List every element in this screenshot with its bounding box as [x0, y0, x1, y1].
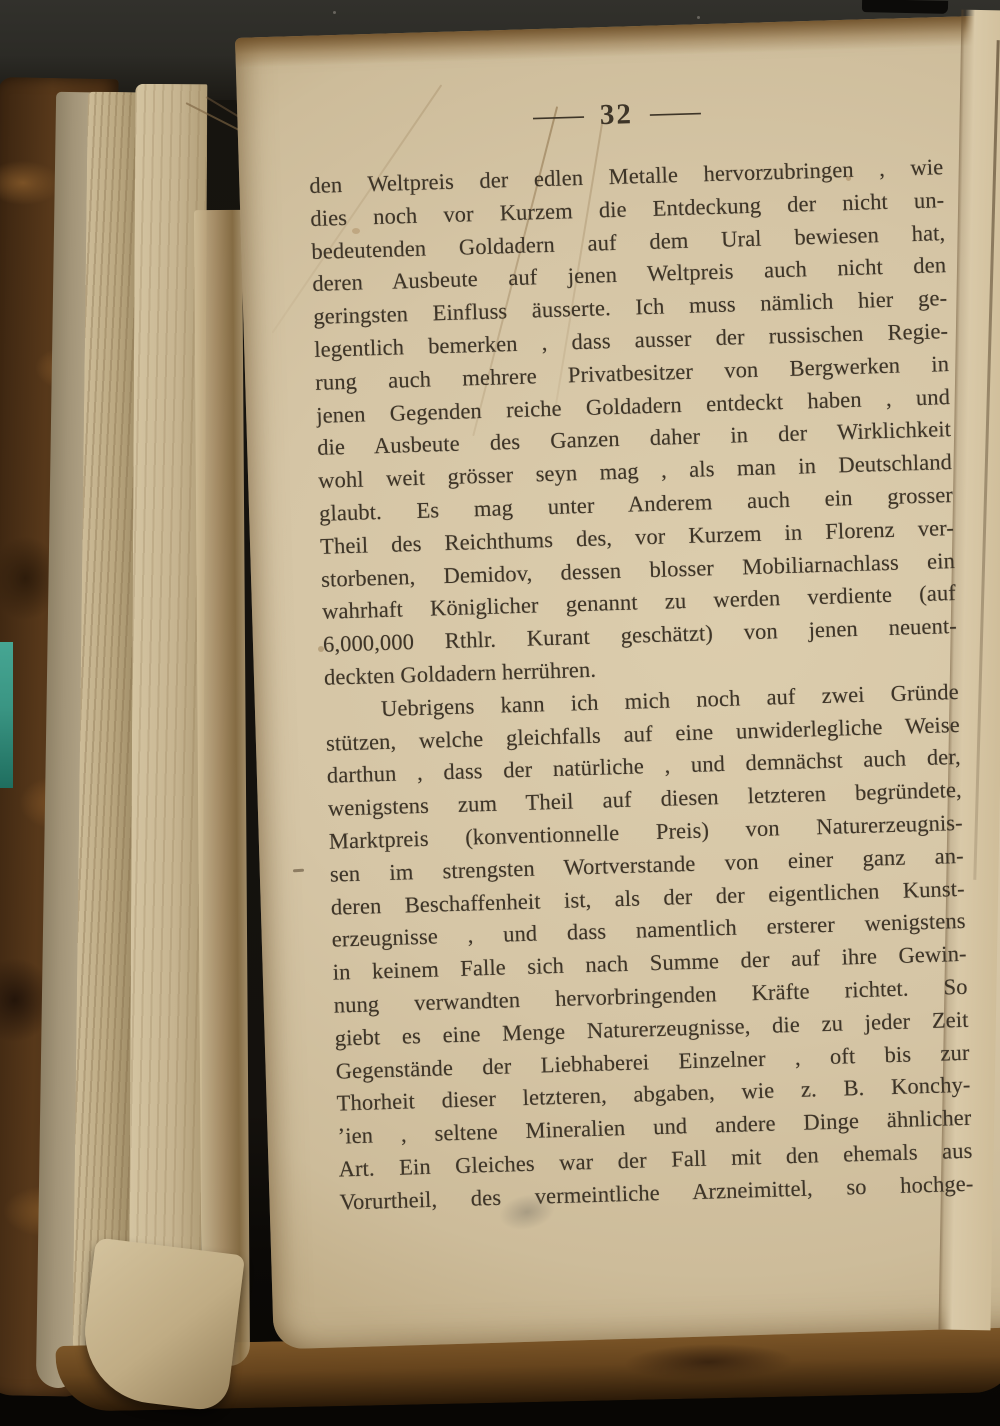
page-text-block: den Weltpreis der edlen Metalle hervorzu… [309, 151, 974, 1219]
foxing-spot [318, 646, 324, 652]
page-edge-stack-inner [194, 210, 250, 1366]
page-number: 32 [599, 98, 633, 132]
header-left-dash: — [532, 103, 583, 131]
foxing-spot [352, 228, 360, 234]
page-gap-shadow [862, 0, 948, 14]
book-scan-photo: { "colors": { "backdrop": "#12100c", "ba… [0, 0, 1000, 1426]
dust-speck [333, 11, 336, 14]
dust-speck [697, 16, 700, 19]
foxing-spot [846, 176, 851, 181]
teal-board-edge [0, 642, 13, 788]
header-right-dash: — [649, 99, 700, 127]
